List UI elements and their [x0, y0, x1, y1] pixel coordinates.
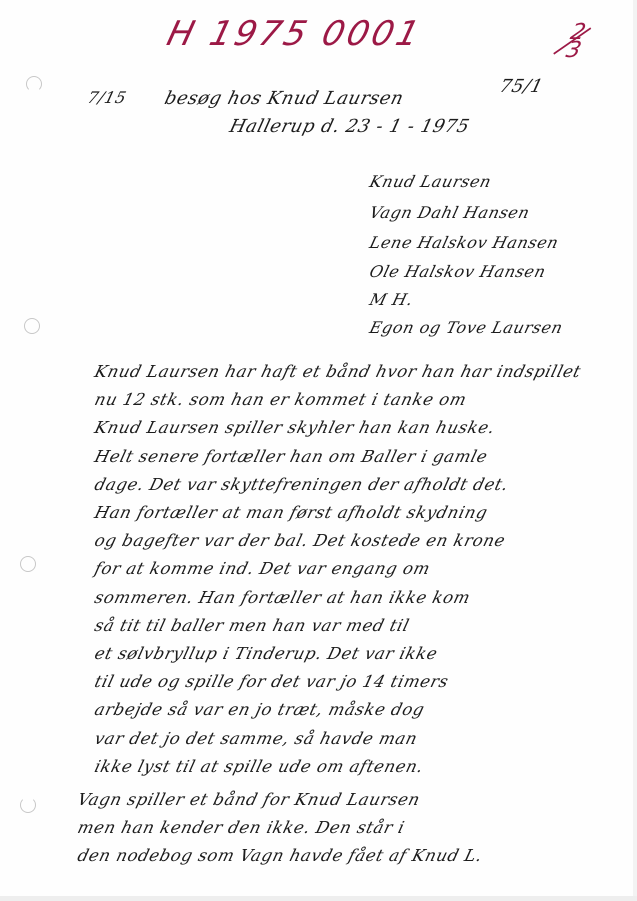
participant-name: Ole Halskov Hansen: [368, 262, 548, 281]
transcript-line: men han kender den ikke. Den står i: [76, 818, 407, 837]
participant-name: Lene Halskov Hansen: [368, 233, 561, 252]
punch-hole: [24, 318, 40, 334]
transcript-line: for at komme ind. Det var engang om: [93, 559, 433, 578]
participant-name: Vagn Dahl Hansen: [368, 203, 532, 222]
transcript-line: ikke lyst til at spille ude om aftenen.: [93, 757, 426, 776]
transcript-line: Knud Laursen spiller skyhler han kan hus…: [93, 418, 497, 437]
visit-title: besøg hos Knud Laursen: [162, 88, 406, 109]
page-edge: [0, 896, 637, 901]
transcript-line: til ude og spille for det var jo 14 time…: [93, 672, 451, 691]
page-number-total: 3: [555, 40, 592, 62]
punch-hole: [20, 797, 36, 813]
transcript-line: sommeren. Han fortæller at han ikke kom: [93, 588, 473, 607]
transcript-line: arbejde så var en jo træt, måske dog: [93, 700, 427, 719]
reference-left: 7/15: [86, 88, 129, 107]
punch-hole: [20, 556, 36, 572]
participant-name: Knud Laursen: [368, 172, 494, 191]
participant-name: Egon og Tove Laursen: [368, 318, 565, 337]
archive-id: H 1975 0001: [163, 14, 426, 54]
reference-right: 75/1: [497, 76, 545, 97]
transcript-line: dage. Det var skyttefreningen der afhold…: [93, 475, 511, 494]
transcript-line: så tit til baller men han var med til: [93, 616, 412, 635]
page-edge: [633, 0, 637, 901]
visit-place-date: Hallerup d. 23 - 1 - 1975: [227, 116, 471, 137]
manuscript-page: H 1975 0001 2 3 7/15 75/1 besøg hos Knud…: [0, 0, 637, 901]
transcript-line: Han fortæller at man først afholdt skydn…: [93, 503, 490, 522]
transcript-line: Vagn spiller et bånd for Knud Laursen: [76, 790, 423, 809]
transcript-line: et sølvbryllup i Tinderup. Det var ikke: [93, 644, 440, 663]
transcript-line: den nodebog som Vagn havde fået af Knud …: [76, 846, 485, 865]
transcript-line: var det jo det samme, så havde man: [93, 729, 420, 748]
participant-name: M H.: [368, 290, 416, 309]
transcript-line: Helt senere fortæller han om Baller i ga…: [93, 447, 490, 466]
transcript-line: og bagefter var der bal. Det kostede en …: [93, 531, 508, 550]
transcript-line: Knud Laursen har haft et bånd hvor han h…: [93, 362, 584, 381]
page-number: 2 3: [555, 22, 597, 62]
transcript-line: nu 12 stk. som han er kommet i tanke om: [93, 390, 469, 409]
punch-hole: [26, 76, 42, 92]
